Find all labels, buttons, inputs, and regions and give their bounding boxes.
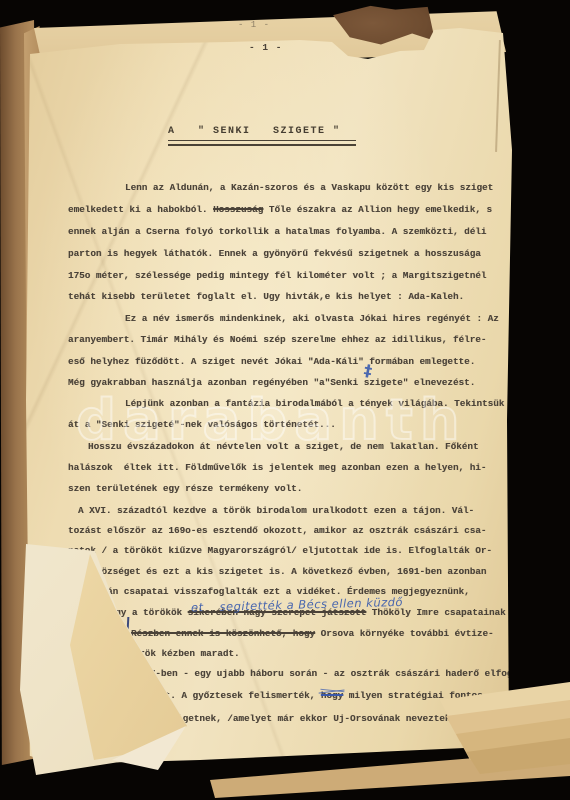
typed-line: Hosszu évszázadokon át névtelen volt a s… [88,441,479,452]
typed-line: Ez a név ismerős mindenkinek, aki olvast… [125,313,499,324]
typed-segment: 1717-ben - egy ujabb háboru során - az o… [133,668,518,679]
typed-line: parton is hegyek láthatók. Ennek a gyöny… [68,248,481,259]
typed-line: sova községet és ezt a kis szigetet is. … [68,566,486,577]
typed-line: át a "Senki szigeté"-nek valóságos törté… [68,419,336,430]
typed-line: a vidéket. A győztesek felismerték, hogy… [120,690,488,701]
document-title: A " SENKI SZIGETE " [168,126,341,137]
handwritten-phrase: segitették a Bécs ellen küzdő [219,595,403,614]
typed-segment: Hosszu évszázadokon át névtelen volt a s… [88,441,479,452]
typed-line: ek a szigetnek, /amelyet már ekkor Uj-Or… [138,713,495,724]
typed-segment-struck: Részben ennek is köszönhető, hogy [131,628,315,639]
typed-segment: a vidéket. A győztesek felismerték, [120,690,321,701]
typed-line: Még gyakrabban használja azonban regényé… [68,377,475,388]
typed-segment: át a "Senki szigeté"-nek valóságos törté… [68,419,336,430]
typed-segment: Lépjünk azonban a fantázia birodalmából … [125,398,504,409]
typed-line: A XVI. századtól kezdve a török birodalo… [78,505,474,516]
typed-segment: ek a szigetnek, /amelyet már ekkor Uj-Or… [138,713,495,724]
typed-line: szen területének egy része termékeny vol… [68,483,302,494]
title-underline [168,140,356,141]
typed-segment: sova községet és ezt a kis szigetet is. … [68,566,486,577]
handwritten-annotation: etsegitették a Bécs ellen küzdő [165,581,403,629]
typed-segment: eső helyhez füződött. A sziget nevét Jók… [68,356,475,367]
typed-segment-struck: Hosszuság [213,204,263,215]
typed-segment: török kézben maradt. [128,648,240,659]
typed-line: török kézben maradt. [128,648,240,659]
typed-segment: szen területének egy része termékeny vol… [68,483,302,494]
typed-segment: A XVI. századtól kezdve a török birodalo… [78,505,474,516]
page-number: - 1 - [249,42,283,53]
paper-creases [22,12,514,764]
typed-segment: Orsova környéke további évtize- [315,628,494,639]
right-edge-crease [495,40,501,152]
typed-line: tehát kisebb területet foglalt el. Ugy h… [68,291,464,302]
typed-segment: Lenn az Aldunán, a Kazán-szoros és a Vas… [125,182,493,193]
typed-segment: Ez a név ismerős mindenkinek, aki olvast… [125,313,499,324]
typed-line: eső helyhez füződött. A sziget nevét Jók… [68,356,475,367]
photo-background: - 1 - - 1 - A " SENKI SZIGETE " Lenn az … [0,0,570,800]
typed-segment: emelkedett ki a habokból. [68,204,213,215]
typed-segment: tehát kisebb területet foglalt el. Ugy h… [68,291,464,302]
typed-segment: ennek alján a Cserna folyó torkollik a h… [68,226,486,237]
typed-segment-struck: gitsége is. [64,628,125,639]
typed-segment: milyen stratégiai fontos- [343,690,488,701]
typed-line: emelkedett ki a habokból. Hosszuság Tőle… [68,204,492,215]
under-page-number: - 1 - [238,20,270,30]
typed-line: 175o méter, szélessége pedig mintegy fél… [68,270,486,281]
handwritten-insert-word: et [191,600,204,614]
typed-line: aranyembert. Timár Mihály és Noémi szép … [68,334,486,345]
typed-segment: Még gyakrabban használja azonban regényé… [68,377,475,388]
typed-segment: parton is hegyek láthatók. Ennek a gyöny… [68,248,481,259]
typed-segment-struck: hogy [321,690,343,701]
title-underline [168,144,356,146]
typed-line: tozást először az 169o-es esztendő okozo… [68,525,486,536]
typed-segment: aranyembert. Timár Mihály és Noémi szép … [68,334,486,345]
typed-segment: tozást először az 169o-es esztendő okozo… [68,525,486,536]
typed-segment: 175o méter, szélessége pedig mintegy fél… [68,270,486,281]
typed-line: ennek alján a Cserna folyó torkollik a h… [68,226,486,237]
typed-segment: halászok éltek itt. Földművelők is jelen… [68,462,486,473]
typed-line: halászok éltek itt. Földművelők is jelen… [68,462,486,473]
typed-line: patok / a törököt kiűzve Magyarországról… [68,545,492,556]
typed-line: Lépjünk azonban a fantázia birodalmából … [125,398,504,409]
typed-segment: Tőle északra az Allion hegy emelkedik, s [263,204,492,215]
manuscript-page: - 1 - A " SENKI SZIGETE " Lenn az Alduná… [22,12,514,764]
typed-line: 1717-ben - egy ujabb háboru során - az o… [133,668,518,679]
typed-line: Lenn az Aldunán, a Kazán-szoros és a Vas… [125,182,493,193]
typed-segment-struck: se- [511,607,528,618]
typed-segment: patok / a törököt kiűzve Magyarországról… [68,545,492,556]
